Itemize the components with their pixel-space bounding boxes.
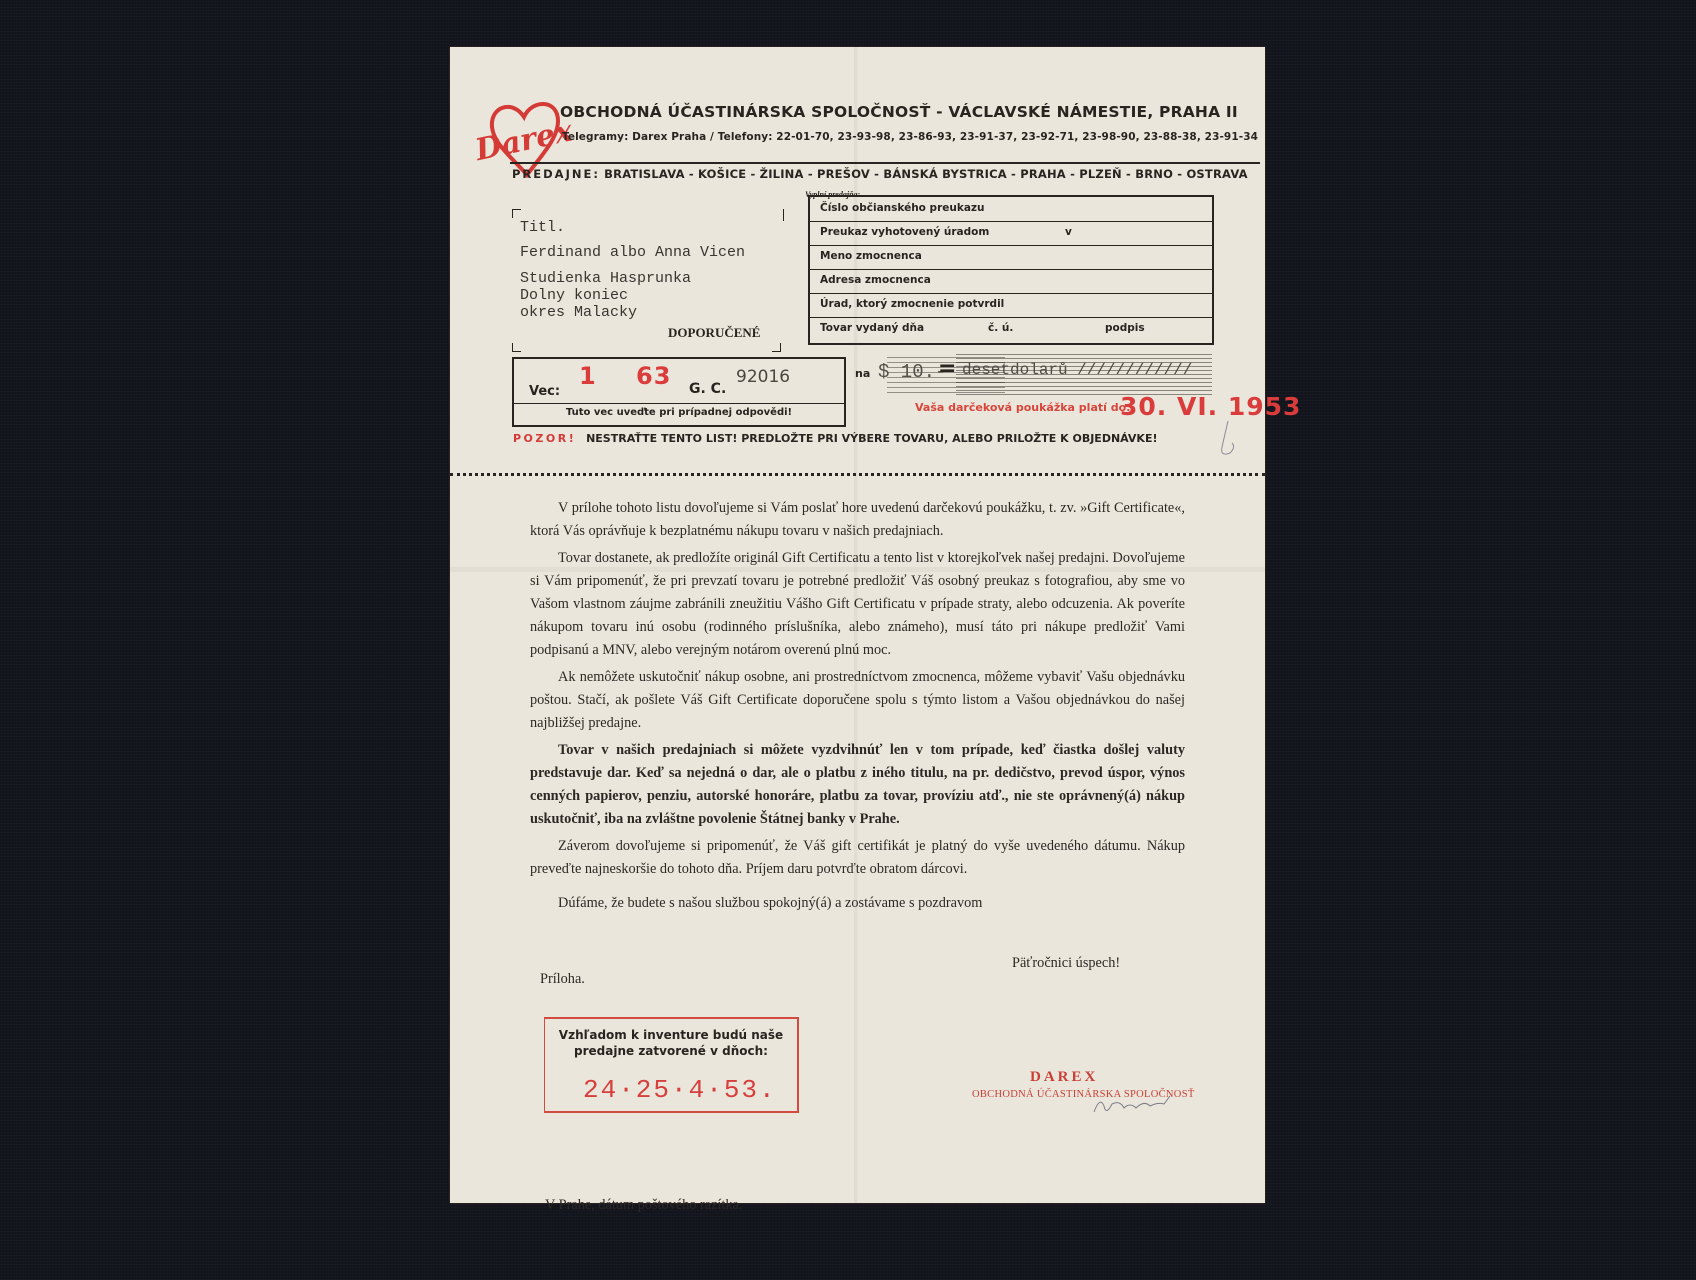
warning-label: POZOR!	[513, 432, 576, 445]
signature-company-name: DAREX	[1030, 1069, 1098, 1086]
body-paragraph: Tovar dostanete, ak predložíte originál …	[530, 547, 1185, 662]
address-corner	[772, 343, 781, 352]
gc-label: G. C.	[689, 381, 726, 397]
amount-in-words: desetdolarů ////////////	[962, 361, 1192, 379]
form-label: podpis	[1105, 322, 1145, 334]
recipient-line: Studienka Hasprunka	[520, 270, 745, 287]
form-label: Číslo občianského preukazu	[820, 202, 985, 214]
recipient-line: Dolny koniec	[520, 287, 745, 304]
address-corner	[512, 209, 521, 218]
body-paragraph-bold: Tovar v našich predajniach si môžete vyz…	[530, 739, 1185, 831]
vec-label: Vec:	[529, 384, 560, 399]
equals-sign: =	[938, 356, 956, 381]
gc-number: 92016	[736, 367, 790, 387]
notice-line: Vzhľadom k inventure budú naše	[545, 1027, 797, 1043]
pencil-mark-icon	[1210, 417, 1240, 467]
handwritten-signature-icon	[1090, 1092, 1180, 1120]
shops-line: PREDAJNE: BRATISLAVA - KOŠICE - ŽILINA -…	[512, 167, 1248, 181]
place-and-date: V Prahe, dátum poštového razítka.	[545, 1197, 742, 1214]
form-row-proxy-name: Meno zmocnenca	[810, 245, 1212, 270]
form-label: Preukaz vyhotovený úradom	[820, 226, 989, 238]
letter-body: V prílohe tohoto listu dovoľujeme si Vám…	[530, 497, 1185, 885]
body-paragraph: Ak nemôžete uskutočniť nákup osobne, ani…	[530, 666, 1185, 735]
warning-line: POZOR! NESTRAŤTE TENTO LIST! PREDLOŽTE P…	[513, 432, 1158, 445]
stamp-number: 63	[636, 362, 671, 390]
form-row-authority: Úrad, ktorý zmocnenie potvrdil	[810, 293, 1212, 318]
form-label: č. ú.	[988, 322, 1013, 334]
registered-label: DOPORUČENÉ	[668, 325, 760, 341]
amount-value: $ 10.-	[878, 361, 946, 383]
valid-until-label: Vaša darčeková poukážka platí do:	[915, 401, 1131, 414]
form-row-issued-date: Tovar vydaný dňa č. ú. podpis	[810, 317, 1212, 341]
form-row-proxy-address: Adresa zmocnenca	[810, 269, 1212, 294]
amount-prefix: na	[855, 367, 870, 380]
form-label: v	[1065, 226, 1072, 238]
form-label: Úrad, ktorý zmocnenie potvrdil	[820, 298, 1004, 310]
closing-line: Dúfáme, že budete s našou službou spokoj…	[558, 895, 982, 912]
closure-dates: 24·25·4·53.	[583, 1075, 777, 1105]
recipient-line: Ferdinand albo Anna Vicen	[520, 244, 745, 261]
inventory-notice-text: Vzhľadom k inventure budú naše predajne …	[545, 1027, 797, 1059]
form-label: Adresa zmocnenca	[820, 274, 931, 286]
form-row-issued-by: Preukaz vyhotovený úradom v	[810, 221, 1212, 246]
recipient-line: Titl.	[520, 219, 745, 236]
reference-note: Tuto vec uveďte pri prípadnej odpovědi!	[514, 407, 844, 418]
warning-text: NESTRAŤTE TENTO LIST! PREDLOŽTE PRI VÝBE…	[586, 432, 1157, 445]
body-paragraph: Záverom dovoľujeme si pripomenúť, že Váš…	[530, 835, 1185, 881]
notice-line: predajne zatvorené v dňoch:	[545, 1043, 797, 1059]
recipient-address: Titl. Ferdinand albo Anna Vicen Studienk…	[520, 219, 745, 321]
address-corner	[775, 209, 784, 221]
svg-text:Darex: Darex	[472, 113, 572, 168]
header-rule	[510, 162, 1260, 164]
stamp-number: 1	[579, 362, 597, 390]
address-corner	[512, 343, 521, 352]
reference-box: Vec: 1 63 G. C. 92016 Tuto vec uveďte pr…	[512, 357, 846, 427]
form-label: Tovar vydaný dňa	[820, 322, 924, 334]
attachment-label: Príloha.	[540, 971, 585, 988]
form-label: Meno zmocnenca	[820, 250, 922, 262]
shops-list: BRATISLAVA - KOŠICE - ŽILINA - PREŠOV - …	[604, 167, 1248, 181]
shop-form: Číslo občianského preukazu Preukaz vyhot…	[808, 195, 1214, 345]
recipient-line: okres Malacky	[520, 304, 745, 321]
shops-label: PREDAJNE:	[512, 167, 600, 181]
inventory-notice-box: Vzhľadom k inventure budú naše predajne …	[544, 1017, 799, 1113]
form-row-id-number: Číslo občianského preukazu	[810, 197, 1212, 222]
tear-off-line	[450, 473, 1265, 476]
letter-document: Darex OBCHODNÁ ÚČASTINÁRSKA SPOLOČNOSŤ -…	[450, 47, 1265, 1203]
contact-line: Telegramy: Darex Praha / Telefony: 22-01…	[562, 131, 1258, 143]
wish-line: Päťročnici úspech!	[1012, 955, 1120, 972]
company-name: OBCHODNÁ ÚČASTINÁRSKA SPOLOČNOSŤ - VÁCLA…	[560, 103, 1238, 121]
body-paragraph: V prílohe tohoto listu dovoľujeme si Vám…	[530, 497, 1185, 543]
box-divider	[514, 403, 844, 404]
